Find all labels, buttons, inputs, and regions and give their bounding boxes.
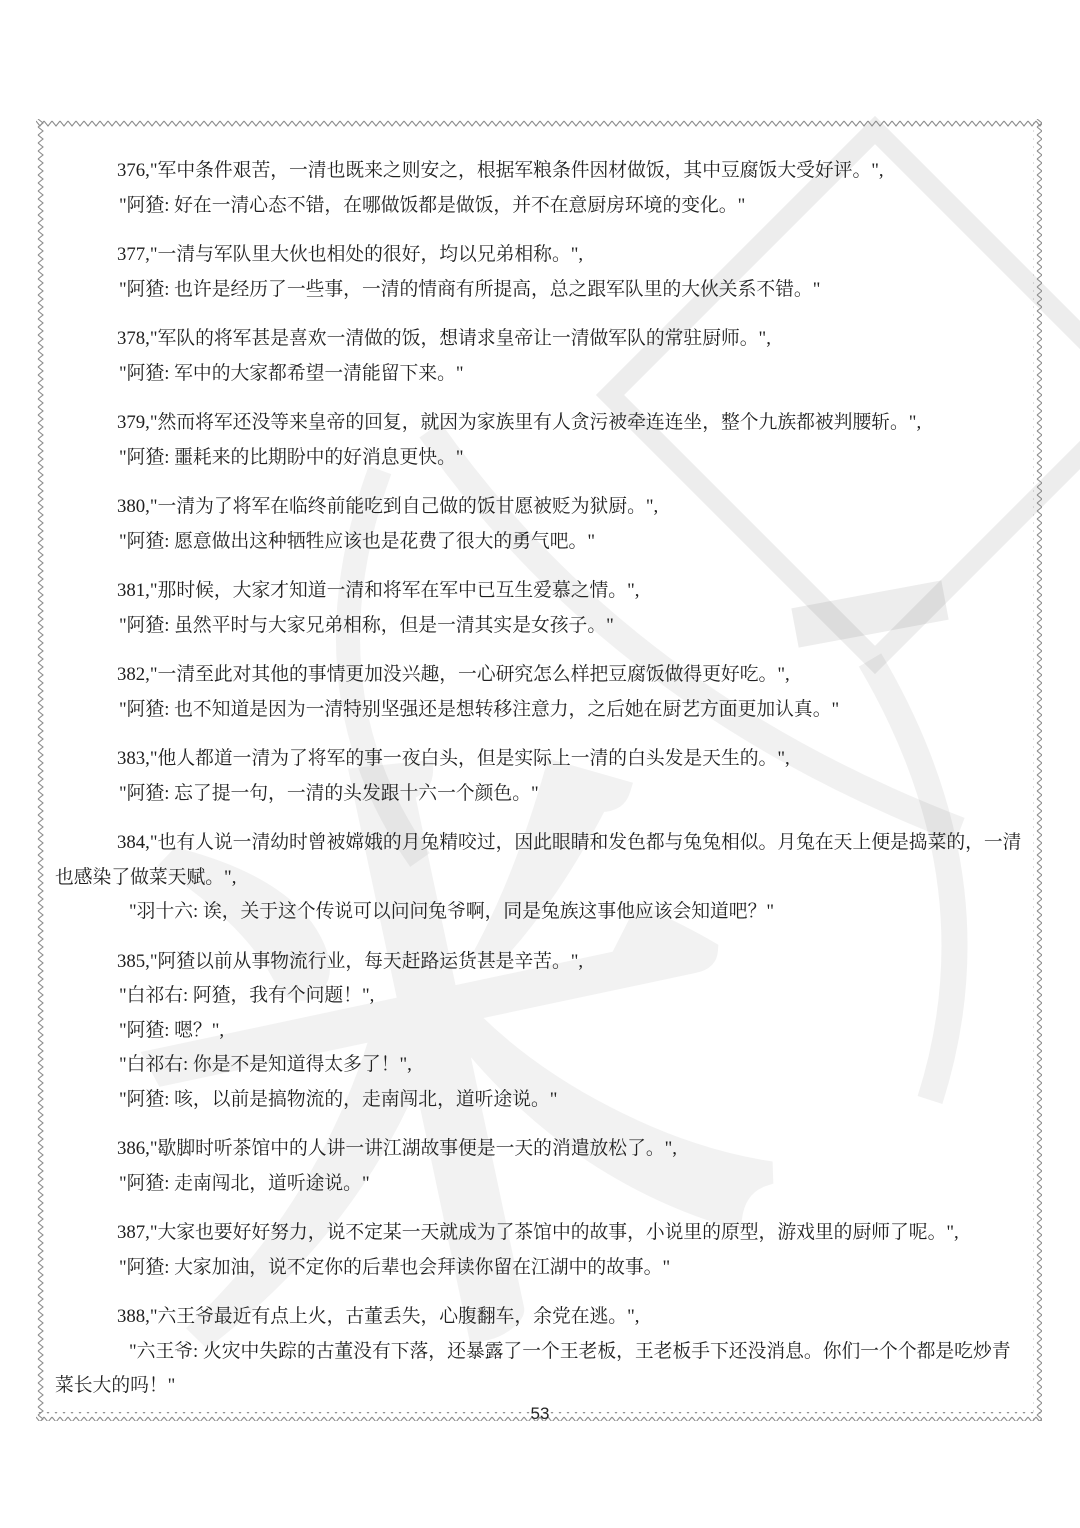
entry-386: 386,"歇脚时听茶馆中的人讲一讲江湖故事便是一天的消遣放松了。", "阿猹: … <box>55 1132 1035 1201</box>
text-line: 386,"歇脚时听茶馆中的人讲一讲江湖故事便是一天的消遣放松了。", <box>55 1132 1035 1167</box>
text-line: "阿猹: 也不知道是因为一清特别坚强还是想转移注意力，之后她在厨艺方面更加认真。… <box>55 693 1035 728</box>
text-line: 381,"那时候，大家才知道一清和将军在军中已互生爱慕之情。", <box>55 574 1035 609</box>
text-line: "羽十六: 诶，关于这个传说可以问问兔爷啊，同是兔族这事他应该会知道吧？" <box>55 895 1035 930</box>
text-line: "阿猹: 也许是经历了一些事，一清的情商有所提高，总之跟军队里的大伙关系不错。" <box>55 273 1035 308</box>
text-line: "阿猹: 军中的大家都希望一清能留下来。" <box>55 357 1035 392</box>
text-line: 376,"军中条件艰苦，一清也既来之则安之，根据军粮条件因材做饭，其中豆腐饭大受… <box>55 154 1035 189</box>
text-line: "阿猹: 嗯？", <box>55 1014 1035 1049</box>
text-line: 380,"一清为了将军在临终前能吃到自己做的饭甘愿被贬为狱厨。", <box>55 490 1035 525</box>
text-line: 385,"阿猹以前从事物流行业，每天赶路运货甚是辛苦。", <box>55 945 1035 980</box>
entry-383: 383,"他人都道一清为了将军的事一夜白头，但是实际上一清的白头发是天生的。",… <box>55 742 1035 811</box>
text-line: "阿猹: 咳，以前是搞物流的，走南闯北，道听途说。" <box>55 1083 1035 1118</box>
entry-379: 379,"然而将军还没等来皇帝的回复，就因为家族里有人贪污被牵连连坐，整个九族都… <box>55 406 1035 475</box>
text-line: "六王爷: 火灾中失踪的古董没有下落，还暴露了一个王老板，王老板手下还没消息。你… <box>55 1335 1035 1370</box>
text-line: 377,"一清与军队里大伙也相处的很好，均以兄弟相称。", <box>55 238 1035 273</box>
page-content: 376,"军中条件艰苦，一清也既来之则安之，根据军粮条件因材做饭，其中豆腐饭大受… <box>55 154 1035 1404</box>
text-line: 388,"六王爷最近有点上火，古董丢失，心腹翻车，余党在逃。", <box>55 1300 1035 1335</box>
text-line: "阿猹: 大家加油，说不定你的后辈也会拜读你留在江湖中的故事。" <box>55 1251 1035 1286</box>
entry-382: 382,"一清至此对其他的事情更加没兴趣，一心研究怎么样把豆腐饭做得更好吃。",… <box>55 658 1035 727</box>
entry-385: 385,"阿猹以前从事物流行业，每天赶路运货甚是辛苦。", "白祁右: 阿猹，我… <box>55 945 1035 1118</box>
border-top <box>36 119 1042 128</box>
text-line: 382,"一清至此对其他的事情更加没兴趣，一心研究怎么样把豆腐饭做得更好吃。", <box>55 658 1035 693</box>
text-line: 也感染了做菜天赋。", <box>55 861 1035 896</box>
document-page: 米 376,"军中条件艰苦，一清也既来之则安之，根据军粮条件因材做饭，其中豆腐饭… <box>0 0 1080 1528</box>
text-line: "白祁右: 阿猹，我有个问题！", <box>55 979 1035 1014</box>
text-line: "阿猹: 好在一清心态不错，在哪做饭都是做饭，并不在意厨房环境的变化。" <box>55 189 1035 224</box>
text-line: "阿猹: 忘了提一句，一清的头发跟十六一个颜色。" <box>55 777 1035 812</box>
entry-387: 387,"大家也要好好努力，说不定某一天就成为了茶馆中的故事，小说里的原型，游戏… <box>55 1216 1035 1285</box>
page-number: 53 <box>0 1403 1080 1425</box>
text-line: 378,"军队的将军甚是喜欢一清做的饭，想请求皇帝让一清做军队的常驻厨师。", <box>55 322 1035 357</box>
text-line: "阿猹: 愿意做出这种牺牲应该也是花费了很大的勇气吧。" <box>55 525 1035 560</box>
entry-380: 380,"一清为了将军在临终前能吃到自己做的饭甘愿被贬为狱厨。", "阿猹: 愿… <box>55 490 1035 559</box>
text-line: "阿猹: 虽然平时与大家兄弟相称，但是一清其实是女孩子。" <box>55 609 1035 644</box>
entry-378: 378,"军队的将军甚是喜欢一清做的饭，想请求皇帝让一清做军队的常驻厨师。", … <box>55 322 1035 391</box>
text-line: 383,"他人都道一清为了将军的事一夜白头，但是实际上一清的白头发是天生的。", <box>55 742 1035 777</box>
text-line: 379,"然而将军还没等来皇帝的回复，就因为家族里有人贪污被牵连连坐，整个九族都… <box>55 406 1035 441</box>
text-line: "阿猹: 走南闯北，道听途说。" <box>55 1167 1035 1202</box>
text-line: 菜长大的吗！" <box>55 1369 1035 1404</box>
entry-388: 388,"六王爷最近有点上火，古董丢失，心腹翻车，余党在逃。", "六王爷: 火… <box>55 1300 1035 1404</box>
entry-377: 377,"一清与军队里大伙也相处的很好，均以兄弟相称。", "阿猹: 也许是经历… <box>55 238 1035 307</box>
border-left <box>36 119 45 1421</box>
entry-376: 376,"军中条件艰苦，一清也既来之则安之，根据军粮条件因材做饭，其中豆腐饭大受… <box>55 154 1035 223</box>
entry-384: 384,"也有人说一清幼时曾被嫦娥的月兔精咬过，因此眼睛和发色都与兔兔相似。月兔… <box>55 826 1035 930</box>
text-line: 384,"也有人说一清幼时曾被嫦娥的月兔精咬过，因此眼睛和发色都与兔兔相似。月兔… <box>55 826 1035 861</box>
entry-381: 381,"那时候，大家才知道一清和将军在军中已互生爱慕之情。", "阿猹: 虽然… <box>55 574 1035 643</box>
text-line: "白祁右: 你是不是知道得太多了！", <box>55 1048 1035 1083</box>
text-line: 387,"大家也要好好努力，说不定某一天就成为了茶馆中的故事，小说里的原型，游戏… <box>55 1216 1035 1251</box>
text-line: "阿猹: 噩耗来的比期盼中的好消息更快。" <box>55 441 1035 476</box>
